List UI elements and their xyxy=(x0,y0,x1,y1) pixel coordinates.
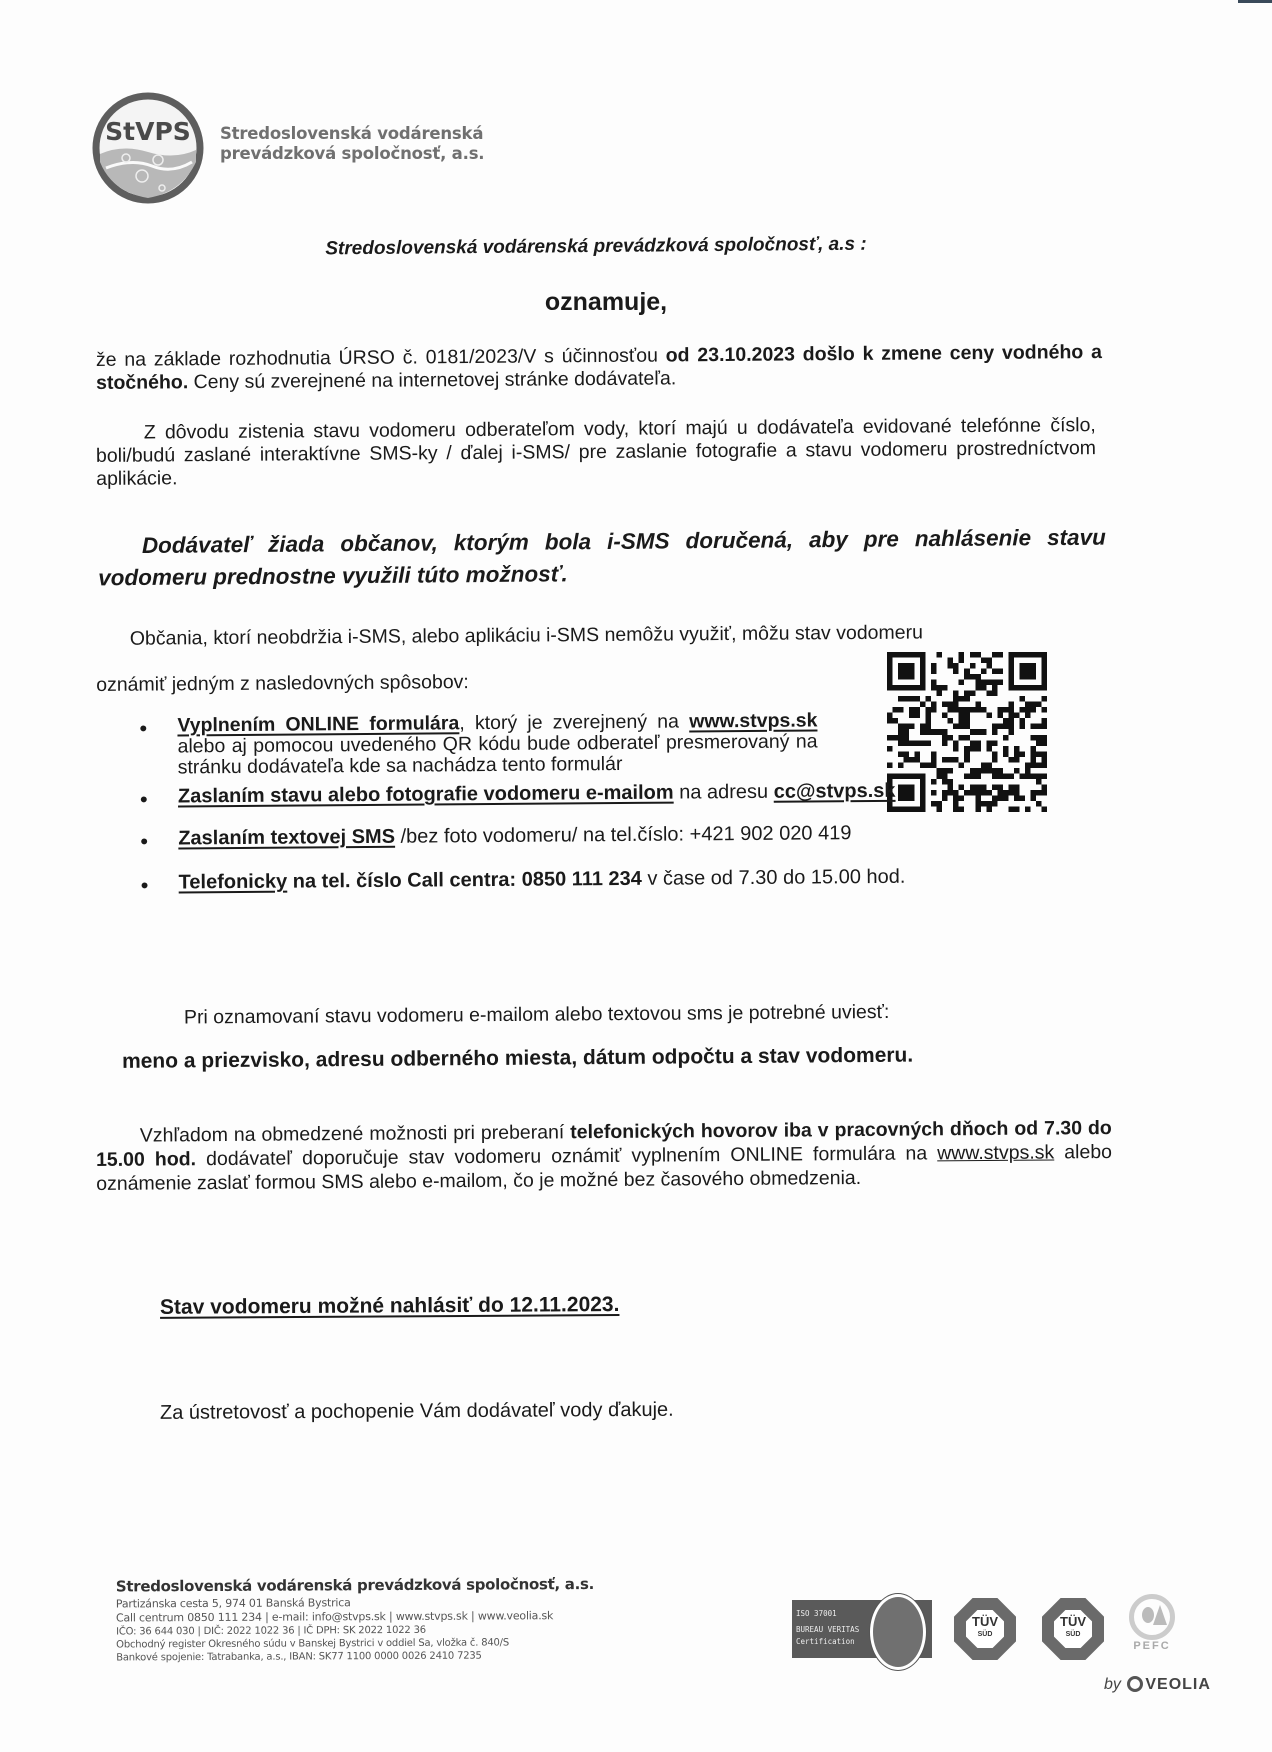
veolia-logo: by VEOLIA xyxy=(1104,1676,1211,1694)
deadline-notice: Stav vodomeru možné nahlásiť do 12.11.20… xyxy=(160,1292,760,1319)
logo-wordmark: Stredoslovenská vodárenská prevádzková s… xyxy=(220,124,484,164)
website-link[interactable]: www.stvps.sk xyxy=(689,709,817,732)
website-link-2[interactable]: www.stvps.sk xyxy=(937,1141,1054,1164)
tuv-sud-badge-icon: TÜVSÜD xyxy=(954,1598,1016,1660)
company-heading: Stredoslovenská vodárenská prevádzková s… xyxy=(0,230,1232,263)
email-link[interactable]: cc@stvps.sk xyxy=(774,780,896,803)
option-phone: Telefonicky na tel. číslo Call centra: 0… xyxy=(141,865,1101,894)
option-online-form: Vyplnením ONLINE formulára, ktorý je zve… xyxy=(139,710,817,778)
announce-heading: oznamuje, xyxy=(0,288,1242,317)
svg-text:StVPS: StVPS xyxy=(105,117,191,146)
request-paragraph: Dodávateľ žiada občanov, ktorým bola i-S… xyxy=(98,522,1107,595)
footer-company-info: Stredoslovenská vodárenská prevádzková s… xyxy=(116,1575,676,1665)
option-email: Zaslaním stavu alebo fotografie vodomeru… xyxy=(140,779,1100,808)
logo-text-line1: Stredoslovenská vodárenská xyxy=(220,124,484,144)
pefc-logo-icon: PEFC xyxy=(1124,1594,1180,1666)
bureau-veritas-badge-icon: ISO 37001 BUREAU VERITAS Certification xyxy=(792,1600,932,1658)
footer-bank: Bankové spojenie: Tatrabanka, a.s., IBAN… xyxy=(116,1649,676,1665)
isms-paragraph: Z dôvodu zistenia stavu vodomeru odberat… xyxy=(96,414,1097,491)
closing-thanks: Za ústretovosť a pochopenie Vám dodávate… xyxy=(160,1398,780,1425)
price-change-paragraph: že na základe rozhodnutia ÚRSO č. 0181/2… xyxy=(96,341,1102,395)
reporting-options-list: Vyplnením ONLINE formulára, ktorý je zve… xyxy=(139,708,1100,894)
logo-text-line2: prevádzková spoločnosť, a.s. xyxy=(220,144,484,164)
scan-edge-mark xyxy=(1238,0,1272,3)
required-info-list: meno a priezvisko, adresu odberného mies… xyxy=(122,1042,1102,1073)
bureau-veritas-seal-icon xyxy=(870,1594,926,1670)
stvps-logo-icon: StVPS xyxy=(92,92,204,204)
footer-company-name: Stredoslovenská vodárenská prevádzková s… xyxy=(116,1575,676,1596)
tuv-sud-badge-icon-2: TÜVSÜD xyxy=(1042,1598,1104,1660)
phone-limits-paragraph: Vzhľadom na obmedzené možnosti pri prebe… xyxy=(96,1116,1113,1196)
option-sms: Zaslaním textovej SMS /bez foto vodomeru… xyxy=(140,821,1100,850)
veolia-logo-icon xyxy=(1127,1676,1143,1692)
required-info-intro: Pri oznamovaní stavu vodomeru e-mailom a… xyxy=(184,999,1084,1029)
